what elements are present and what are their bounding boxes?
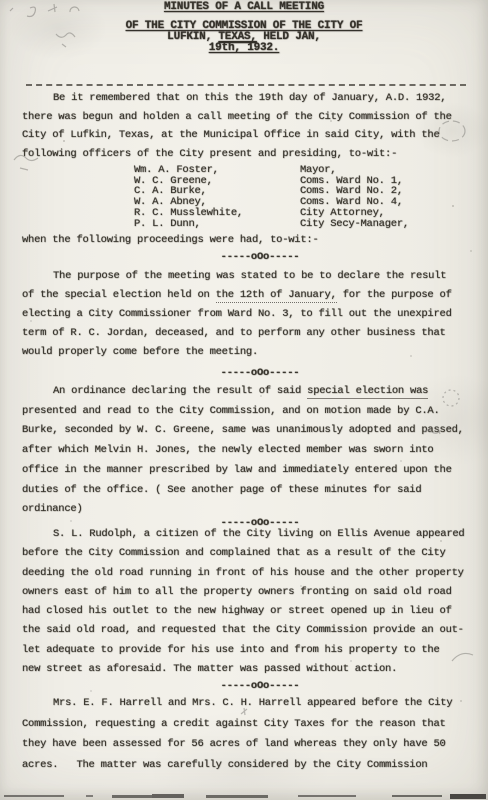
minutes-line: of the special election held on the 12th…	[22, 286, 470, 305]
scanned-minutes-page: MINUTES OF A CALL MEETING OF THE CITY CO…	[0, 0, 488, 800]
document-header: MINUTES OF A CALL MEETING OF THE CITY CO…	[0, 0, 488, 54]
officer-row: P. L. Dunn,City Secy-Manager,	[134, 219, 470, 230]
paragraph-harrell: Mrs. E. F. Harrell and Mrs. C. H. Harrel…	[22, 693, 470, 776]
minutes-line: Burke, seconded by W. C. Greene, same wa…	[22, 421, 470, 441]
paragraph-purpose: The purpose of the meeting was stated to…	[22, 267, 470, 362]
officer-name: R. C. Musslewhite,	[134, 208, 300, 219]
minutes-line: after which Melvin H. Jones, the newly e…	[22, 441, 470, 461]
minutes-line: An ordinance declaring the result of sai…	[22, 382, 470, 402]
officer-title: City Attorney,	[300, 208, 385, 219]
minutes-line: The purpose of the meeting was stated to…	[22, 267, 470, 286]
minutes-line: had closed his outlet to the new highway…	[22, 602, 470, 621]
minutes-line: presented and read to the City Commissio…	[22, 402, 470, 422]
paragraph-ordinance: An ordinance declaring the result of sai…	[22, 382, 470, 520]
minutes-line: deeding the old road running in front of…	[22, 564, 470, 583]
section-separator: -----oOo-----	[22, 251, 470, 263]
minutes-line: acres. The matter was carefully consider…	[22, 755, 470, 776]
minutes-line: following officers of the City present a…	[22, 145, 470, 164]
pencil-underlined-date: the 12th of January,	[216, 289, 337, 303]
minutes-line: office in the manner prescribed by law a…	[22, 461, 470, 481]
minutes-line: there was begun and holden a call meetin…	[22, 108, 470, 127]
officer-row: R. C. Musslewhite,City Attorney,	[134, 208, 470, 219]
dashed-rule	[26, 84, 466, 86]
minutes-line: City of Lufkin, Texas, at the Municipal …	[22, 126, 470, 145]
minutes-line: before the City Commission and complaine…	[22, 544, 470, 563]
paragraph-opening: Be it remembered that on this the 19th d…	[22, 89, 470, 163]
minutes-line: Be it remembered that on this the 19th d…	[22, 89, 470, 108]
officer-title: City Secy-Manager,	[300, 219, 409, 230]
minutes-line: Mrs. E. F. Harrell and Mrs. C. H. Harrel…	[22, 693, 470, 714]
document-date: 19th, 1932.	[0, 43, 488, 54]
paragraph-rudolph: S. L. Rudolph, a citizen of the City liv…	[22, 525, 470, 679]
proceedings-line: when the following proceedings were had,…	[22, 234, 470, 246]
minutes-line: let adequate to provide for his use into…	[22, 641, 470, 660]
officers-list: Wm. A. Foster,Mayor, W. C. Greene,Coms. …	[22, 165, 470, 229]
minutes-line: new street as aforesaid. The matter was …	[22, 660, 470, 679]
paper-grain-specks	[0, 0, 2, 2]
minutes-line: they have been assessed for 56 acres of …	[22, 734, 470, 755]
document-title: MINUTES OF A CALL MEETING	[0, 0, 488, 14]
minutes-line: duties of the office. ( See another page…	[22, 481, 470, 501]
officer-name: P. L. Dunn,	[134, 219, 300, 230]
torn-edge-bottom	[0, 792, 488, 800]
minutes-line: the said old road, and requested that th…	[22, 621, 470, 640]
minutes-line: would properly come before the meeting.	[22, 343, 470, 362]
minutes-line: term of R. C. Jordan, deceased, and to p…	[22, 324, 470, 343]
section-separator: -----oOo-----	[22, 680, 470, 692]
minutes-line: electing a City Commissioner from Ward N…	[22, 305, 470, 324]
minutes-line: S. L. Rudolph, a citizen of the City liv…	[22, 525, 470, 544]
underlined-phrase: special election was	[307, 385, 428, 399]
section-separator: -----oOo-----	[22, 367, 470, 379]
minutes-line: owners east of him to all the property o…	[22, 583, 470, 602]
minutes-line: Commission, requesting a credit against …	[22, 714, 470, 735]
